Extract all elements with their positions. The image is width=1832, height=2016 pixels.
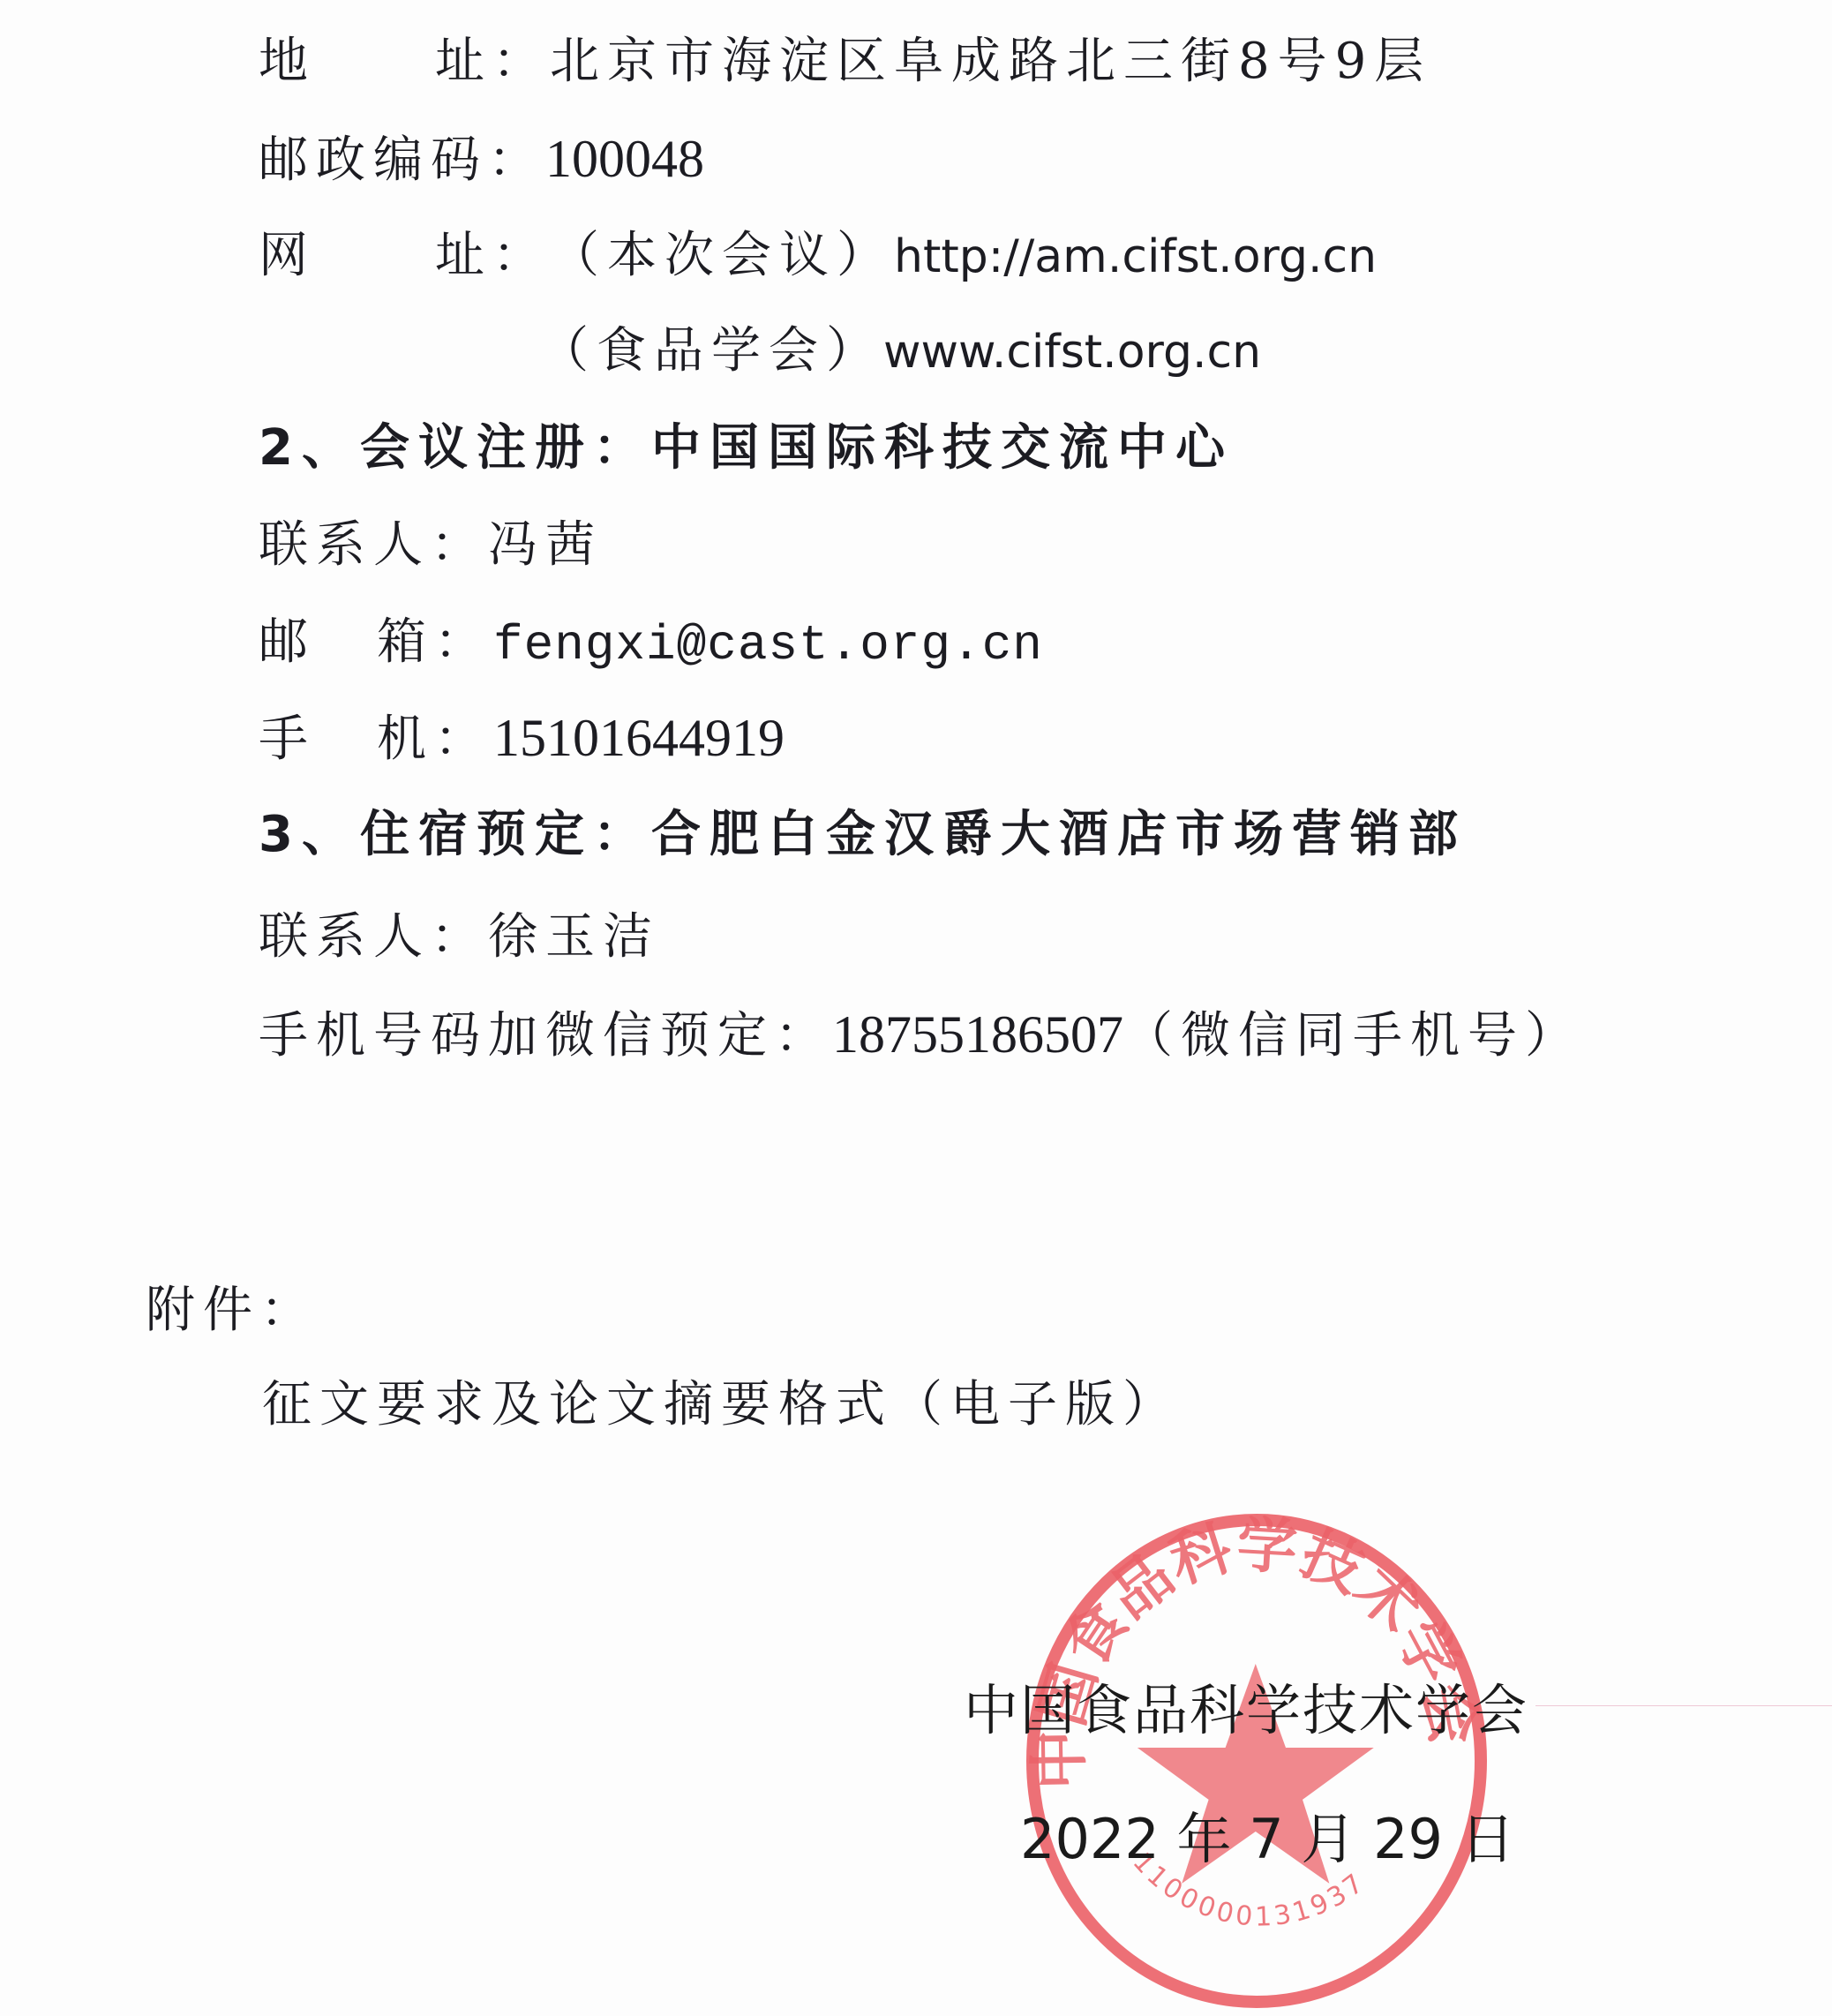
website-prefix-society: （食品学会）: [539, 316, 883, 387]
email-label: 邮箱：: [259, 607, 493, 678]
address-row: 地址： 北京市海淀区阜成路北三街8号9层: [259, 26, 1431, 97]
address-label-first: 地: [259, 33, 316, 90]
accommodation-contact-name: 徐玉洁: [488, 902, 660, 973]
postcode-label: 邮政编码：: [259, 125, 545, 196]
email-row: 邮箱： fengxi@cast.org.cn: [259, 607, 1043, 678]
phone-label: 手机：: [259, 704, 493, 775]
website-label-last: 址：: [435, 221, 550, 291]
wechat-note: （微信同手机号）: [1123, 1001, 1582, 1072]
registration-contact-row: 联系人：冯茜: [259, 510, 603, 581]
scan-artifact-line: [1535, 1705, 1832, 1706]
signing-organization: 中国食品科学技术学会: [964, 1666, 1528, 1745]
registration-heading: 2、会议注册：中国国际科技交流中心: [259, 413, 1234, 484]
phone-label-first: 手: [259, 711, 316, 768]
website-row: 网址： （本次会议）http://am.cifst.org.cn: [259, 221, 1377, 291]
signing-date: 2022 年 7 月 29 日: [1020, 1795, 1515, 1874]
website-label: 网址：: [259, 221, 550, 291]
address-label-last: 址：: [435, 26, 550, 97]
email-label-first: 邮: [259, 613, 316, 671]
address-value: 北京市海淀区阜成路北三街8号9层: [550, 26, 1431, 97]
website-label-first: 网: [259, 227, 316, 284]
attachment-item: 征文要求及论文摘要格式（电子版）: [262, 1370, 1180, 1441]
phone-label-last: 机：: [377, 704, 492, 775]
postcode-row: 邮政编码：100048: [259, 124, 704, 194]
wechat-booking-row: 手机号码加微信预定：18755186507（微信同手机号）: [259, 999, 1582, 1070]
attachment-label: 附件：: [146, 1275, 318, 1346]
accommodation-contact-label: 联系人：: [259, 902, 488, 973]
address-label: 地址：: [259, 26, 550, 97]
email-link[interactable]: fengxi@cast.org.cn: [493, 610, 1043, 681]
website-prefix-conference: （本次会议）: [550, 221, 894, 291]
wechat-booking-label: 手机号码加微信预定：: [259, 1001, 832, 1072]
registration-contact-label: 联系人：: [259, 510, 488, 581]
accommodation-heading: 3、住宿预定：合肥白金汉爵大酒店市场营销部: [259, 800, 1467, 870]
official-seal-stamp: 中国食品科学技术学会 1100000131937: [1024, 1511, 1490, 2011]
registration-contact-name: 冯茜: [488, 510, 603, 581]
accommodation-contact-row: 联系人：徐玉洁: [259, 902, 660, 973]
email-label-last: 箱：: [377, 607, 492, 678]
conference-url-link[interactable]: http://am.cifst.org.cn: [894, 222, 1377, 292]
society-url-link[interactable]: www.cifst.org.cn: [883, 317, 1261, 387]
postcode-value: 100048: [545, 124, 704, 194]
wechat-number: 18755186507: [832, 999, 1123, 1070]
phone-value: 15101644919: [493, 703, 785, 773]
phone-row: 手机： 15101644919: [259, 703, 785, 773]
website-row-2: （食品学会）www.cifst.org.cn: [539, 316, 1261, 387]
